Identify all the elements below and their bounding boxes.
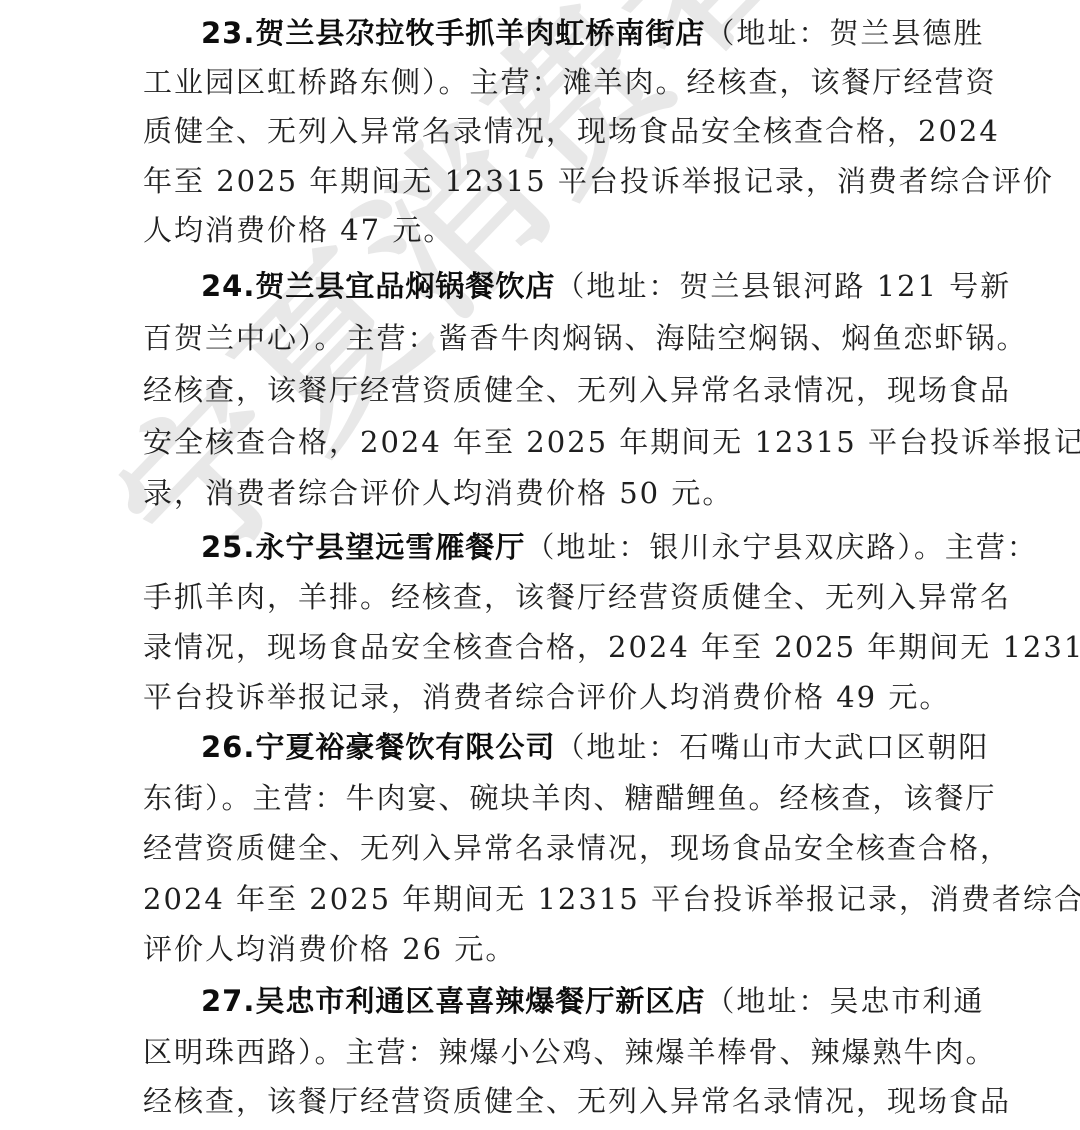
body-line: 评价人均消费价格 26 元。 [143,929,947,969]
body-line: 质健全、无列入异常名录情况，现场食品安全核查合格，2024 [143,111,947,151]
restaurant-name: 吴忠市利通区喜喜辣爆餐厅新区店 [255,984,705,1018]
restaurant-name: 永宁县望远雪雁餐厅 [255,530,525,564]
address-intro: （地址：石嘴山市大武口区朝阳 [555,730,989,764]
body-line: 经核查，该餐厅经营资质健全、无列入异常名录情况，现场食品 [143,370,947,410]
address-intro: （地址：贺兰县银河路 121 号新 [555,269,1011,303]
restaurant-name: 贺兰县尕拉牧手抓羊肉虹桥南街店 [255,16,705,50]
entry-heading-line: 27.吴忠市利通区喜喜辣爆餐厅新区店（地址：吴忠市利通 [201,981,947,1021]
entry-number: 26. [201,730,255,764]
entry-heading-line: 25.永宁县望远雪雁餐厅（地址：银川永宁县双庆路）。主营： [201,527,947,567]
restaurant-name: 宁夏裕豪餐饮有限公司 [255,730,555,764]
address-intro: （地址：贺兰县德胜 [705,16,984,50]
body-line: 安全核查合格，2024 年至 2025 年期间无 12315 平台投诉举报记 [143,422,947,462]
entry-number: 27. [201,984,255,1018]
entry-heading-line: 26.宁夏裕豪餐饮有限公司（地址：石嘴山市大武口区朝阳 [201,727,947,767]
body-line: 2024 年至 2025 年期间无 12315 平台投诉举报记录，消费者综合 [143,879,947,919]
body-line: 平台投诉举报记录，消费者综合评价人均消费价格 49 元。 [143,677,947,717]
body-line: 经核查，该餐厅经营资质健全、无列入异常名录情况，现场食品 [143,1081,947,1121]
body-line: 经营资质健全、无列入异常名录情况，现场食品安全核查合格， [143,828,947,868]
entry-number: 23. [201,16,255,50]
body-line: 东街）。主营：牛肉宴、碗块羊肉、糖醋鲤鱼。经核查，该餐厅 [143,778,947,818]
restaurant-name: 贺兰县宜品焖锅餐饮店 [255,269,555,303]
body-line: 百贺兰中心）。主营：酱香牛肉焖锅、海陆空焖锅、焖鱼恋虾锅。 [143,318,947,358]
entry-heading-line: 23.贺兰县尕拉牧手抓羊肉虹桥南街店（地址：贺兰县德胜 [201,13,947,53]
body-line: 区明珠西路）。主营：辣爆小公鸡、辣爆羊棒骨、辣爆熟牛肉。 [143,1032,947,1072]
address-intro: （地址：吴忠市利通 [705,984,984,1018]
body-line: 录，消费者综合评价人均消费价格 50 元。 [143,473,947,513]
entry-number: 24. [201,269,255,303]
body-line: 年至 2025 年期间无 12315 平台投诉举报记录，消费者综合评价 [143,161,947,201]
address-intro: （地址：银川永宁县双庆路）。主营： [525,530,1038,564]
entry-heading-line: 24.贺兰县宜品焖锅餐饮店（地址：贺兰县银河路 121 号新 [201,266,947,306]
body-line: 手抓羊肉，羊排。经核查，该餐厅经营资质健全、无列入异常名 [143,577,947,617]
body-line: 录情况，现场食品安全核查合格，2024 年至 2025 年期间无 12315 [143,627,947,667]
body-line: 人均消费价格 47 元。 [143,210,947,250]
entry-number: 25. [201,530,255,564]
body-line: 工业园区虹桥路东侧）。主营：滩羊肉。经核查，该餐厅经营资 [143,62,947,102]
